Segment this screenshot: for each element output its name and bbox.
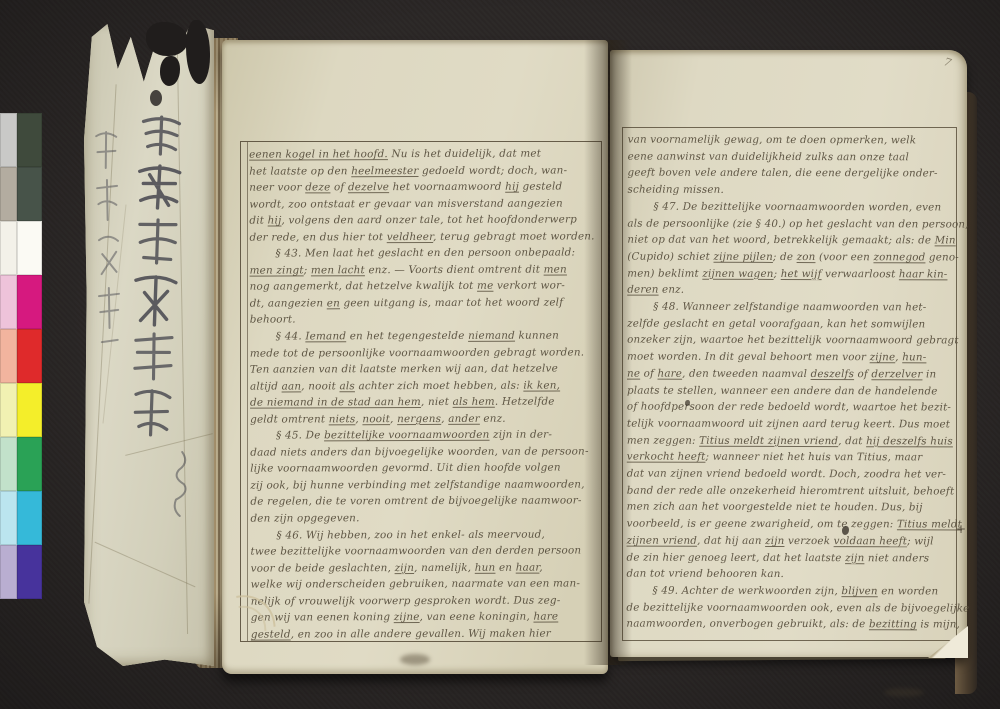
handwritten-line: behoort. [250,311,596,329]
handwritten-line: der rede, en dus hier tot veldheer, teru… [249,228,595,246]
handwritten-line: moet worden. In dit geval behoort men vo… [627,349,951,367]
left-page: eenen kogel in het hoofd. Nu is het duid… [222,40,608,674]
calibration-patch [17,545,42,599]
handwritten-line: nog aangemerkt, dat hetzelve kwalijk tot… [250,278,596,296]
handwritten-line: dan tot vriend behooren kan. [626,566,950,584]
handwritten-line: dt, aangezien en geen uitgang is, maar t… [250,294,596,312]
handwritten-line: altijd aan, nooit als achter zich moet h… [250,377,596,395]
calligraphy-column-icon [122,111,192,447]
handwritten-line: gen wij van eenen koning zijne, van eene… [251,609,597,627]
handwritten-line: lijke voornaamwoorden gevormd. Uit dien … [250,460,596,478]
handwritten-line: nelijk of vrouwelijk voorwerp gesproken … [251,592,597,610]
color-calibration-strip [0,113,42,599]
calibration-row [0,275,42,329]
handwritten-line: men zingt; men lacht enz. — Voorts dient… [250,261,596,279]
handwritten-line: verkocht heeft; wanneer niet het huis va… [627,449,951,467]
calibration-patch [17,329,42,383]
handwritten-line: voor de beide geslachten, zijn, namelijk… [251,559,597,577]
calibration-patch [17,275,42,329]
calibration-patch [0,275,17,329]
handwritten-line: den zijn opgegeven. [250,509,596,527]
handwritten-line: de bezittelijke voornaamwoorden ook, eve… [626,599,950,617]
handwritten-line: § 48. Wanneer zelfstandige naamwoorden v… [627,299,951,317]
calibration-patch [0,383,17,437]
calibration-patch [0,221,17,275]
handwritten-line: of hoofdpersoon der rede bedoeld wordt, … [627,399,951,417]
handwritten-line: men) beklimt zijnen wagen; het wijf verw… [627,265,951,283]
handwritten-line: de niemand in de stad aan hem, niet als … [250,394,596,412]
handwritten-line: mede tot de persoonlijke voornaamwoorden… [250,344,596,362]
calibration-row [0,437,42,491]
handwritten-line: deren enz. [627,282,951,300]
handwritten-line: Ten aanzien van dit laatste merken wij a… [250,361,596,379]
calibration-patch [0,491,17,545]
calibration-row [0,113,42,167]
handwritten-line: telijk voornaamwoord uit zijnen aard ter… [627,416,951,434]
handwritten-line: wordt, zoo ontstaat er gevaar van misver… [249,195,595,213]
handwritten-line: scheiding missen. [627,182,951,200]
calligraphy-side-column-icon [92,128,124,352]
calibration-patch [0,437,17,491]
handwritten-line: daad niets anders dan bijvoegelijke woor… [250,443,596,461]
handwritten-line: ne of hare, den tweeden naamval deszelfs… [627,365,951,383]
calibration-patch [17,221,42,275]
handwritten-line: plaats te stellen, wanneer een andere da… [627,382,951,400]
calibration-row [0,491,42,545]
handwritten-line: § 44. Iemand en het tegengestelde nieman… [250,327,596,345]
handwritten-line: onzeker zijn, waartoe het bezittelijk vo… [627,332,951,350]
handwritten-line: welke wij onderscheiden gebruiken, naarm… [251,576,597,594]
handwritten-line: als de persoonlijke (zie § 40.) op het g… [627,215,951,233]
ink-scribble-icon [166,447,197,521]
handwritten-line: zij ook, bij hunne verbinding met zelfst… [250,476,596,494]
handwritten-line: geeft boven vele andere talen, die eene … [628,165,952,183]
calibration-patch [0,545,17,599]
calibration-row [0,329,42,383]
handwritten-line: eenen kogel in het hoofd. Nu is het duid… [249,145,595,163]
calibration-patch [17,167,42,221]
handwritten-line: de regelen, die te voren omtrent de bijv… [250,493,596,511]
handwritten-line: van voornamelijk gewag, om te doen opmer… [628,132,952,150]
handwritten-line: de zin hier genoeg leert, dat het laatst… [627,549,951,567]
handwritten-line: § 47. De bezittelijke voornaamwoorden wo… [627,198,951,216]
torn-paper-gap [186,20,210,84]
handwritten-line: niet op dat van het woord, betrekkelijk … [627,232,951,250]
handwritten-line: § 43. Men laat het geslacht en den perso… [249,245,595,263]
calibration-row [0,545,42,599]
calibration-row [0,221,42,275]
margin-correction-mark: + [956,522,966,536]
handwritten-line: § 45. De bezittelijke voornaamwoorden zi… [250,427,596,445]
handwritten-line: § 49. Achter de werkwoorden zijn, blijve… [626,583,950,601]
calibration-patch [17,437,42,491]
handwritten-line: dat van zijnen vriend bedoeld wordt. Doc… [627,466,951,484]
calibration-patch [0,167,17,221]
calibration-patch [17,113,42,167]
handwritten-line: neer voor deze of dezelve het voornaamwo… [249,178,595,196]
handwritten-line: zijnen vriend, dat hij aan zijn verzoek … [627,532,951,550]
smudge [884,688,924,697]
handwritten-line: het laatste op den heelmeester gedoeld w… [249,162,595,180]
torn-paper-gap [150,90,162,106]
handwritten-line: eene aanwinst van duidelijkheid zulks aa… [628,148,952,166]
calibration-patch [0,329,17,383]
right-page-handwritten-text: van voornamelijk gewag, om te doen opmer… [626,132,951,634]
calibration-row [0,383,42,437]
handwritten-line: voorbeeld, is er geene zwarigheid, om te… [627,516,951,534]
handwritten-line: naamwoorden, onverbogen gebruikt, als: d… [626,616,950,634]
right-page: van voornamelijk gewag, om te doen opmer… [610,50,967,657]
handwritten-line: geldt omtrent niets, nooit, nergens, and… [250,410,596,428]
handwritten-line: twee bezittelijke voornaamwoorden van de… [251,543,597,561]
handwritten-line: dit hij, volgens den aard onzer tale, to… [249,212,595,230]
handwritten-line: (Cupido) schiet zijne pijlen; de zon (vo… [627,248,951,266]
handwritten-line: zelfde geslacht en getal voorafgaan, kan… [627,315,951,333]
handwritten-line: men zich aan het voorgestelde niet te ho… [627,499,951,517]
margin-rule [247,142,248,641]
left-page-handwritten-text: eenen kogel in het hoofd. Nu is het duid… [249,145,597,643]
handwritten-line: gesteld, en zoo in alle andere gevallen.… [251,625,597,643]
torn-paper-gap [146,22,188,56]
handwritten-line: band der rede alle onzekerheid hieromtre… [627,482,951,500]
calibration-row [0,167,42,221]
calibration-patch [0,113,17,167]
calibration-patch [17,491,42,545]
handwritten-line: men zeggen: Titius meldt zijnen vriend, … [627,432,951,450]
smudge [400,654,430,665]
handwritten-line: § 46. Wij hebben, zoo in het enkel- als … [250,526,596,544]
calibration-patch [17,383,42,437]
manuscript-photo: van voornamelijk gewag, om te doen opmer… [0,0,1000,709]
